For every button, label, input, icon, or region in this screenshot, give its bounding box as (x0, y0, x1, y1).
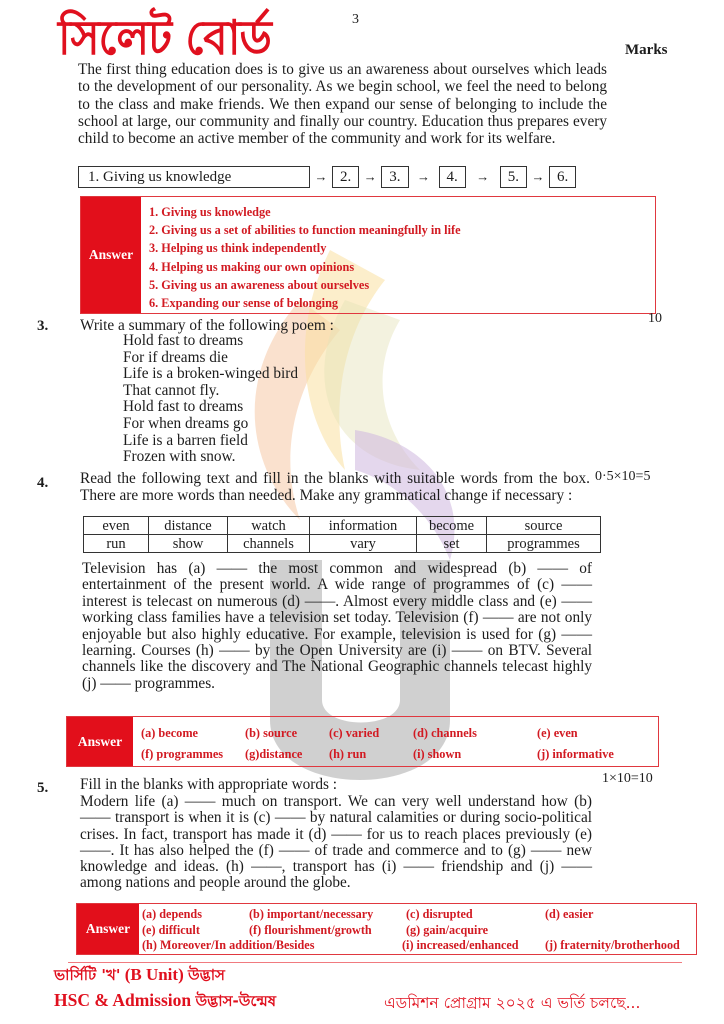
answer-box-q4: Answer (a) become (b) source (c) varied … (66, 716, 659, 767)
answer-box-q5: Answer (a) depends (b) important/necessa… (76, 903, 697, 955)
poem-line: That cannot fly. (123, 383, 298, 400)
flow-box-6: 6. (549, 166, 576, 188)
word-cell: source (487, 517, 601, 535)
answer-item: 6. Expanding our sense of belonging (149, 294, 461, 312)
passage-text: The first thing education does is to giv… (78, 61, 607, 147)
answer-item: 5. Giving us an awareness about ourselve… (149, 276, 461, 294)
word-cell: set (417, 535, 487, 553)
word-cell: channels (228, 535, 310, 553)
footer-hsc-admission: HSC & Admission উদ্ভাস-উন্মেষ (54, 990, 276, 1015)
footer-admission-promo: এডমিশন প্রোগ্রাম ২০২৫ এ ভর্তি চলছে... (384, 991, 640, 1017)
flow-box-5: 5. (500, 166, 527, 188)
answer-item: 1. Giving us knowledge (149, 203, 461, 221)
arrow-icon: → (527, 169, 549, 185)
poem-line: Life is a barren field (123, 433, 298, 450)
answer-label: Answer (77, 904, 139, 954)
answer-item: (f) programmes (141, 747, 245, 767)
answer-label: Answer (81, 197, 141, 313)
poem-line: Frozen with snow. (123, 449, 298, 466)
poem-line: For if dreams die (123, 350, 298, 367)
page-number: 3 (352, 12, 359, 28)
arrow-icon: → (466, 169, 500, 185)
answer-item: (e) difficult (142, 923, 249, 939)
answer-item: (d) channels (413, 726, 537, 746)
flow-box-1: 1. Giving us knowledge (78, 166, 310, 188)
question-5-text: Modern life (a) —— much on transport. We… (80, 794, 592, 892)
poem-line: Life is a broken-winged bird (123, 366, 298, 383)
word-cell: programmes (487, 535, 601, 553)
answer-item: (h) Moreover/In addition/Besides (142, 938, 402, 954)
marks-heading: Marks (625, 42, 668, 59)
arrow-icon: → (310, 169, 332, 185)
answer-item: (e) even (537, 726, 647, 746)
question-3-marks: 10 (648, 311, 662, 327)
flow-box-4: 4. (439, 166, 466, 188)
word-cell: watch (228, 517, 310, 535)
word-cell: vary (310, 535, 417, 553)
word-box-table: even distance watch information become s… (83, 516, 601, 553)
footer-divider (68, 962, 682, 963)
word-cell: distance (149, 517, 228, 535)
question-5-marks: 1×10=10 (602, 771, 653, 787)
answer-item: (j) fraternity/brotherhood (545, 938, 680, 954)
answer-item: (i) increased/enhanced (402, 938, 545, 954)
poem-line: For when dreams go (123, 416, 298, 433)
question-4-number: 4. (37, 475, 48, 492)
arrow-icon: → (409, 169, 439, 185)
question-4-prompt: Read the following text and fill in the … (80, 470, 590, 505)
poem-line: Hold fast to dreams (123, 399, 298, 416)
poem-line: Hold fast to dreams (123, 333, 298, 350)
answer-item: (i) shown (413, 747, 537, 767)
footer-varsity-b-unit: ভার্সিটি 'খ' (B Unit) উদ্ভাস (54, 964, 225, 989)
flow-box-2: 2. (332, 166, 359, 188)
question-5-number: 5. (37, 780, 48, 797)
answer-item: (b) source (245, 726, 329, 746)
answer-item: (c) varied (329, 726, 413, 746)
question-4-text: Television has (a) —— the most common an… (82, 561, 592, 692)
answer-item: (b) important/necessary (249, 907, 406, 923)
flowchart: 1. Giving us knowledge → 2. → 3. → 4. → … (78, 165, 576, 189)
answer-item: (f) flourishment/growth (249, 923, 406, 939)
answer-item: (j) informative (537, 747, 647, 767)
answer-item: (c) disrupted (406, 907, 545, 923)
arrow-icon: → (359, 169, 381, 185)
answer-item: (a) depends (142, 907, 249, 923)
answer-item: (h) run (329, 747, 413, 767)
answer-item: 4. Helping us making our own opinions (149, 258, 461, 276)
answer-item: 2. Giving us a set of abilities to funct… (149, 221, 461, 239)
answer-item: (g)distance (245, 747, 329, 767)
word-cell: become (417, 517, 487, 535)
word-cell: show (149, 535, 228, 553)
word-cell: even (84, 517, 149, 535)
answer-item: 3. Helping us think independently (149, 239, 461, 257)
question-5-prompt: Fill in the blanks with appropriate word… (80, 776, 337, 793)
poem: Hold fast to dreams For if dreams die Li… (123, 333, 298, 466)
answer-item: (a) become (141, 726, 245, 746)
question-3-number: 3. (37, 318, 48, 335)
answer-item: (d) easier (545, 907, 593, 923)
flow-box-3: 3. (381, 166, 408, 188)
question-4-marks: 0·5×10=5 (595, 469, 650, 485)
word-cell: information (310, 517, 417, 535)
answer-item: (g) gain/acquire (406, 923, 488, 939)
answer-label: Answer (67, 717, 133, 766)
word-cell: run (84, 535, 149, 553)
answer-box-flowchart: Answer 1. Giving us knowledge 2. Giving … (80, 196, 656, 314)
